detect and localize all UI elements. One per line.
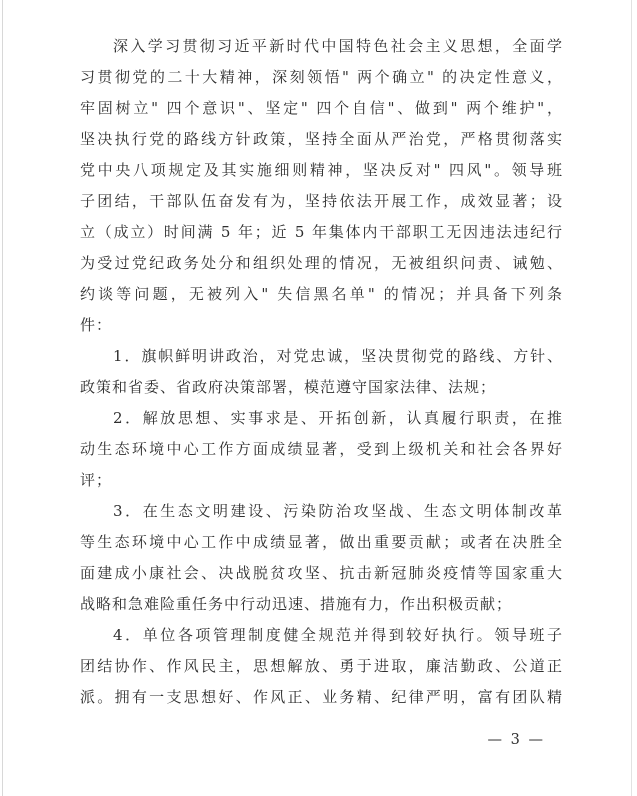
document-body: 深入学习贯彻习近平新时代中国特色社会主义思想，全面学习贯彻党的二十大精神，深刻领… — [80, 31, 563, 713]
text-line: 件： — [80, 310, 563, 341]
text-line: 党中央八项规定及其实施细则精神，坚决反对" 四风"。领导班 — [80, 155, 563, 186]
text-line: 动生态环境中心工作方面成绩显著，受到上级机关和社会各界好 — [80, 434, 563, 465]
text-line: 面建成小康社会、决战脱贫攻坚、抗击新冠肺炎疫情等国家重大 — [80, 558, 563, 589]
paragraph: 1．旗帜鲜明讲政治，对党忠诚，坚决贯彻党的路线、方针、政策和省委、省政府决策部署… — [80, 341, 563, 403]
text-line: 坚决执行党的路线方针政策，坚持全面从严治党，严格贯彻落实 — [80, 124, 563, 155]
page-number: — 3 — — [488, 730, 545, 750]
text-line: 等生态环境中心工作中成绩显著，做出重要贡献；或者在决胜全 — [80, 527, 563, 558]
text-line: 政策和省委、省政府决策部署，模范遵守国家法律、法规； — [80, 372, 563, 403]
text-line: 习贯彻党的二十大精神，深刻领悟" 两个确立" 的决定性意义， — [80, 62, 563, 93]
text-line: 2．解放思想、实事求是、开拓创新，认真履行职责，在推 — [80, 403, 563, 434]
text-line: 约谈等问题，无被列入" 失信黑名单" 的情况；并具备下列条 — [80, 279, 563, 310]
page-right-edge — [631, 0, 632, 796]
text-line: 牢固树立" 四个意识"、坚定" 四个自信"、做到" 两个维护"， — [80, 93, 563, 124]
text-line: 评； — [80, 465, 563, 496]
document-page: 深入学习贯彻习近平新时代中国特色社会主义思想，全面学习贯彻党的二十大精神，深刻领… — [0, 0, 637, 796]
text-line: 战略和急难险重任务中行动迅速、措施有力，作出积极贡献； — [80, 589, 563, 620]
text-line: 深入学习贯彻习近平新时代中国特色社会主义思想，全面学 — [80, 31, 563, 62]
text-line: 1．旗帜鲜明讲政治，对党忠诚，坚决贯彻党的路线、方针、 — [80, 341, 563, 372]
paragraph: 深入学习贯彻习近平新时代中国特色社会主义思想，全面学习贯彻党的二十大精神，深刻领… — [80, 31, 563, 341]
paragraph: 2．解放思想、实事求是、开拓创新，认真履行职责，在推动生态环境中心工作方面成绩显… — [80, 403, 563, 496]
text-line: 团结协作、作风民主，思想解放、勇于进取，廉洁勤政、公道正 — [80, 651, 563, 682]
text-line: 3．在生态文明建设、污染防治攻坚战、生态文明体制改革 — [80, 496, 563, 527]
text-line: 4．单位各项管理制度健全规范并得到较好执行。领导班子 — [80, 620, 563, 651]
page-left-edge — [2, 0, 3, 796]
text-line: 派。拥有一支思想好、作风正、业务精、纪律严明，富有团队精 — [80, 682, 563, 713]
text-line: 为受过党纪政务处分和组织处理的情况，无被组织问责、诫勉、 — [80, 248, 563, 279]
text-line: 子团结，干部队伍奋发有为，坚持依法开展工作，成效显著；设 — [80, 186, 563, 217]
paragraph: 3．在生态文明建设、污染防治攻坚战、生态文明体制改革等生态环境中心工作中成绩显著… — [80, 496, 563, 620]
paragraph: 4．单位各项管理制度健全规范并得到较好执行。领导班子团结协作、作风民主，思想解放… — [80, 620, 563, 713]
text-line: 立（成立）时间满 5 年；近 5 年集体内干部职工无因违法违纪行 — [80, 217, 563, 248]
